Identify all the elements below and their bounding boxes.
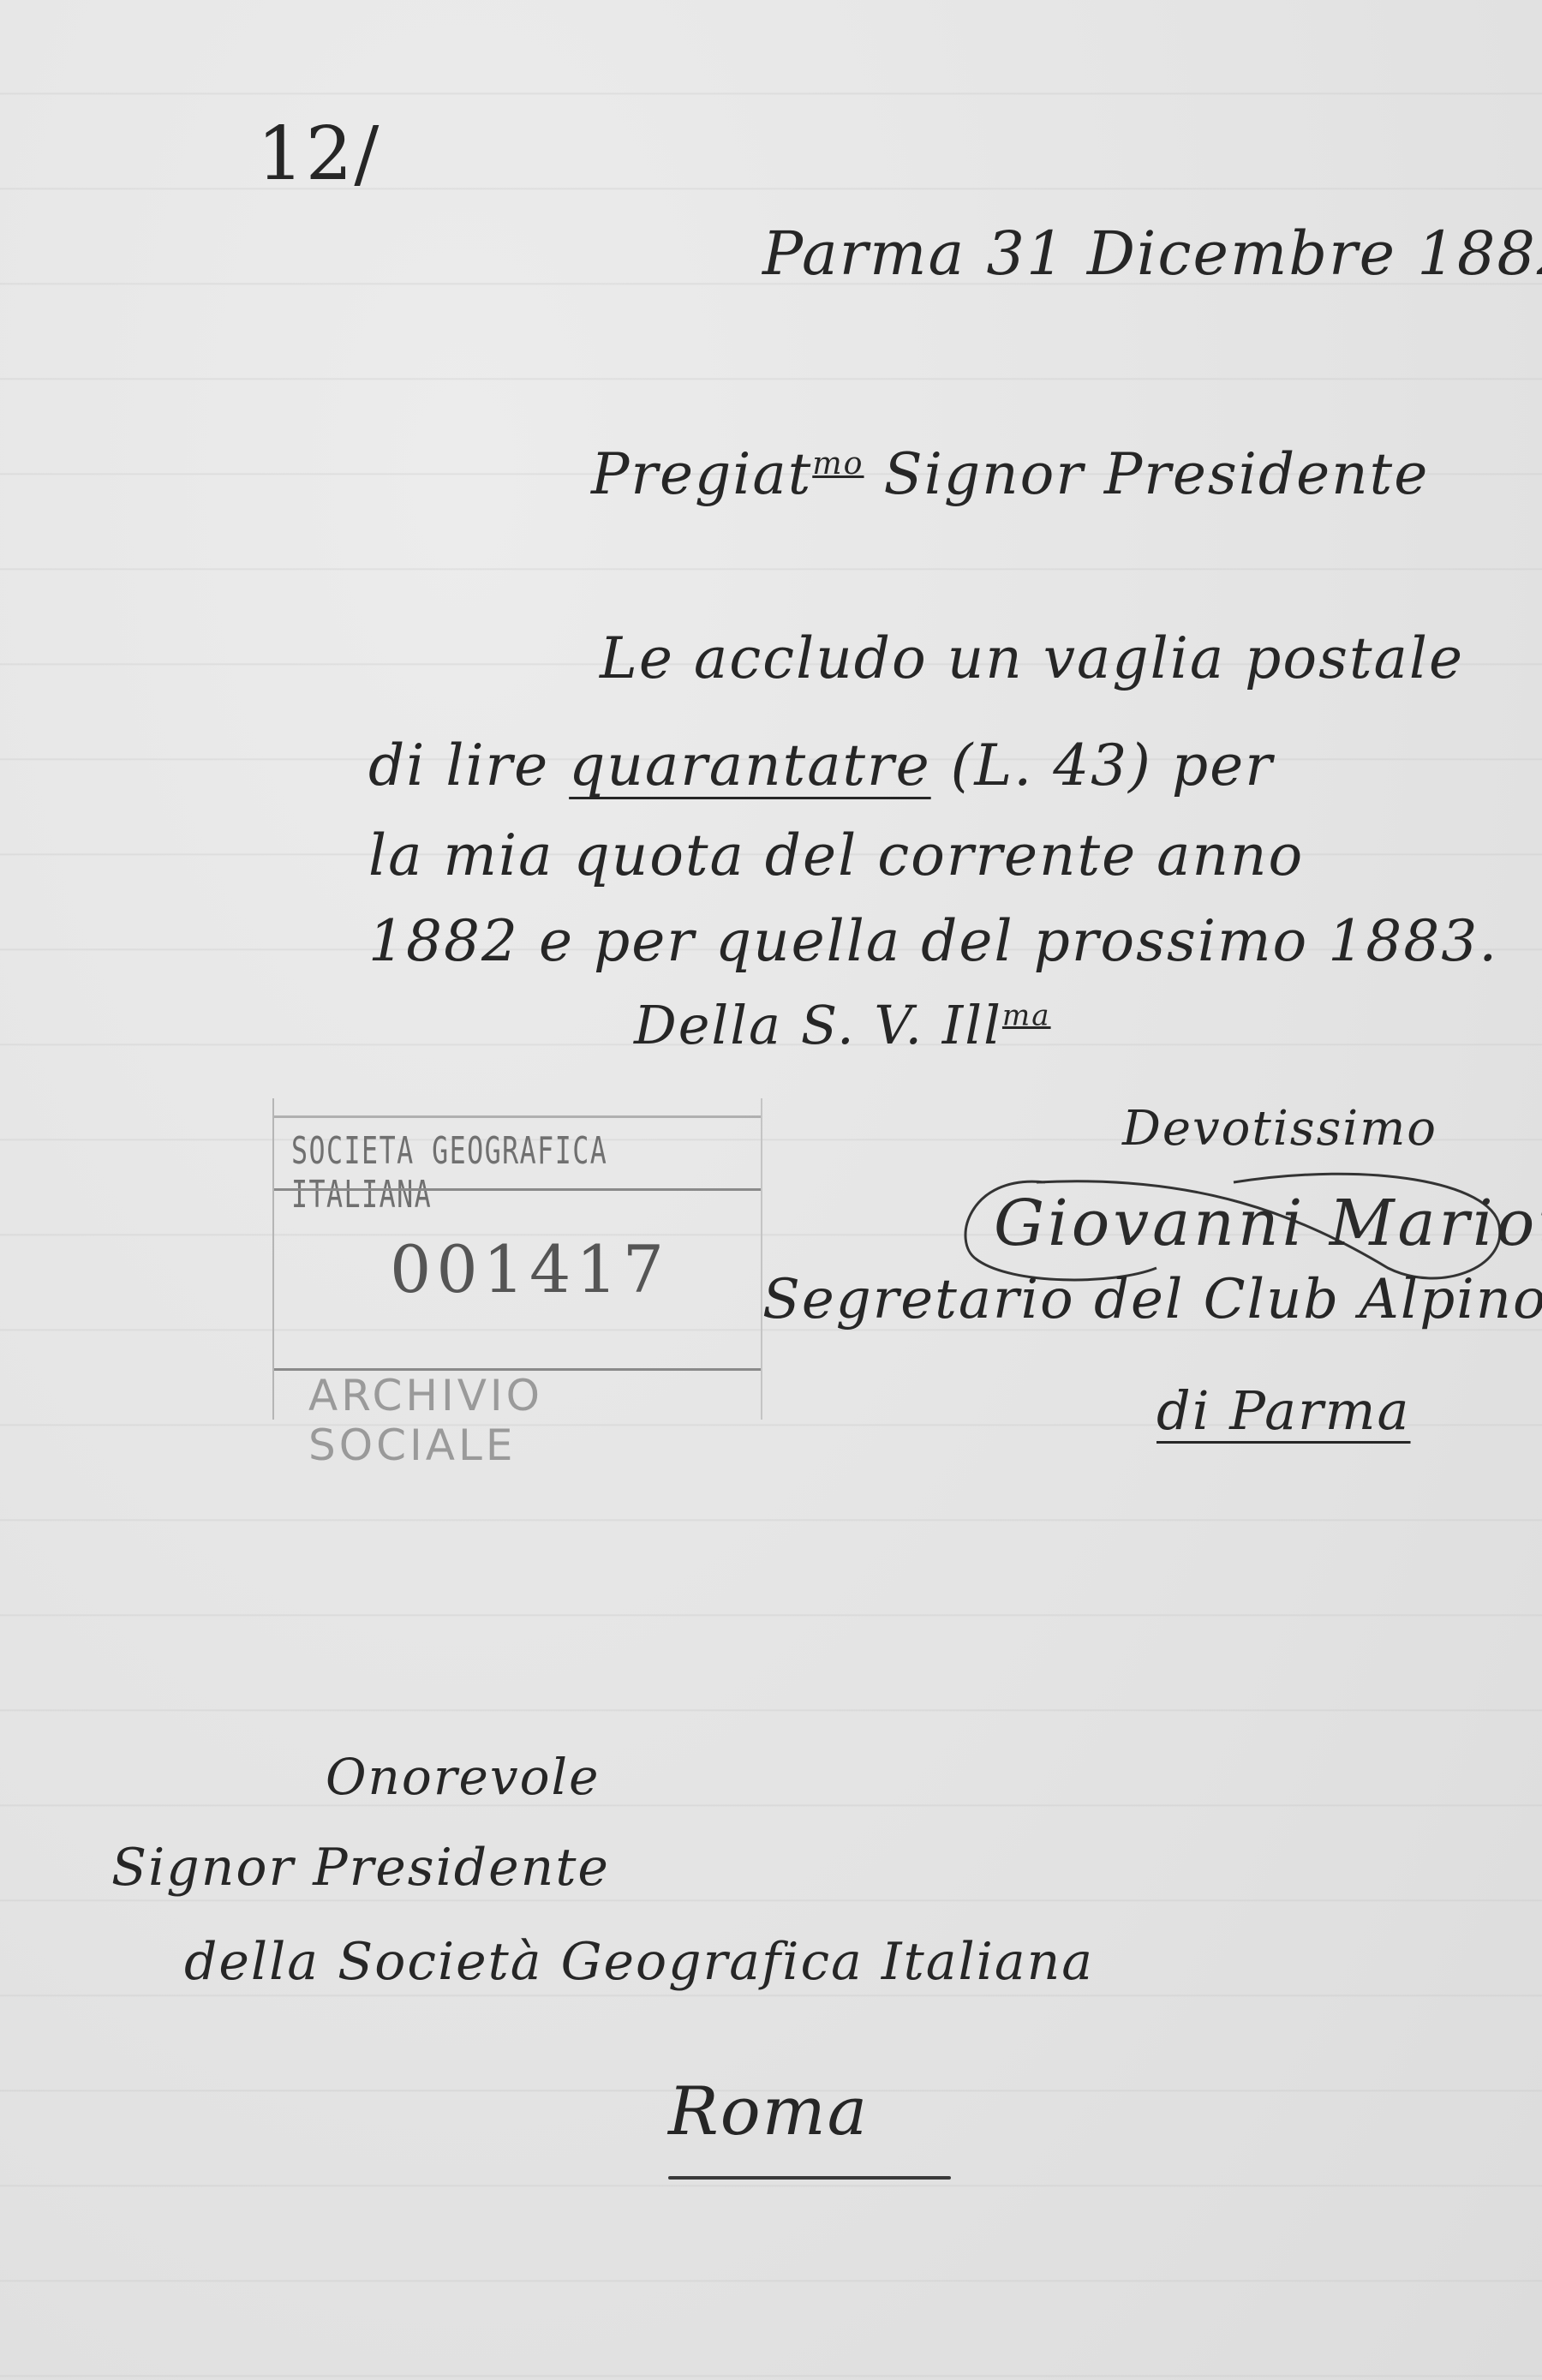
- signatory-title: Segretario del Club Alpino: [762, 1268, 1542, 1331]
- body-line-1: Le accludo un vaglia postale: [600, 625, 1464, 691]
- address-city: Roma: [668, 2073, 869, 2150]
- stamp-number: 001417: [390, 1231, 669, 1307]
- closing: Della S. V. Illma: [634, 994, 1051, 1056]
- amount-figures: (L. 43) per: [951, 733, 1274, 798]
- address-line-1: Onorevole: [326, 1748, 600, 1806]
- salutation: Pregiatmo Signor Presidente: [591, 441, 1429, 507]
- stamp-rule: [274, 1115, 761, 1118]
- address-line-2: Signor Presidente: [111, 1838, 610, 1898]
- folio-number: 12/: [257, 111, 380, 197]
- body-text: di lire: [368, 733, 549, 798]
- valediction: Devotissimo: [1122, 1101, 1437, 1157]
- closing-superscript: ma: [1002, 998, 1051, 1032]
- stamp-header: SOCIETA GEOGRAFICA ITALIANA: [291, 1129, 630, 1217]
- salutation-prefix: Pregiat: [591, 441, 812, 507]
- salutation-rest: Signor Presidente: [884, 441, 1430, 507]
- address-line-3: della Società Geografica Italiana: [184, 1932, 1094, 1992]
- body-line-3: la mia quota del corrente anno: [368, 822, 1304, 888]
- signature-name: Giovanni Mariotti: [994, 1187, 1542, 1260]
- amount-words: quarantatre: [569, 733, 931, 798]
- archive-stamp: SOCIETA GEOGRAFICA ITALIANA 001417 ARCHI…: [272, 1098, 762, 1420]
- body-line-2: di lire quarantatre (L. 43) per: [368, 733, 1274, 798]
- city-underline: [668, 2176, 951, 2180]
- closing-text: Della S. V. Ill: [634, 994, 1002, 1056]
- signature-block: Giovanni Mariotti: [942, 1165, 1533, 1285]
- stamp-footer: ARCHIVIO SOCIALE: [308, 1371, 761, 1470]
- stamp-rule: [274, 1188, 761, 1191]
- salutation-superscript: mo: [812, 445, 864, 481]
- place-date: Parma 31 Dicembre 1882: [762, 218, 1542, 289]
- body-line-4: 1882 e per quella del prossimo 1883.: [368, 908, 1498, 974]
- signatory-city: di Parma: [1156, 1379, 1411, 1442]
